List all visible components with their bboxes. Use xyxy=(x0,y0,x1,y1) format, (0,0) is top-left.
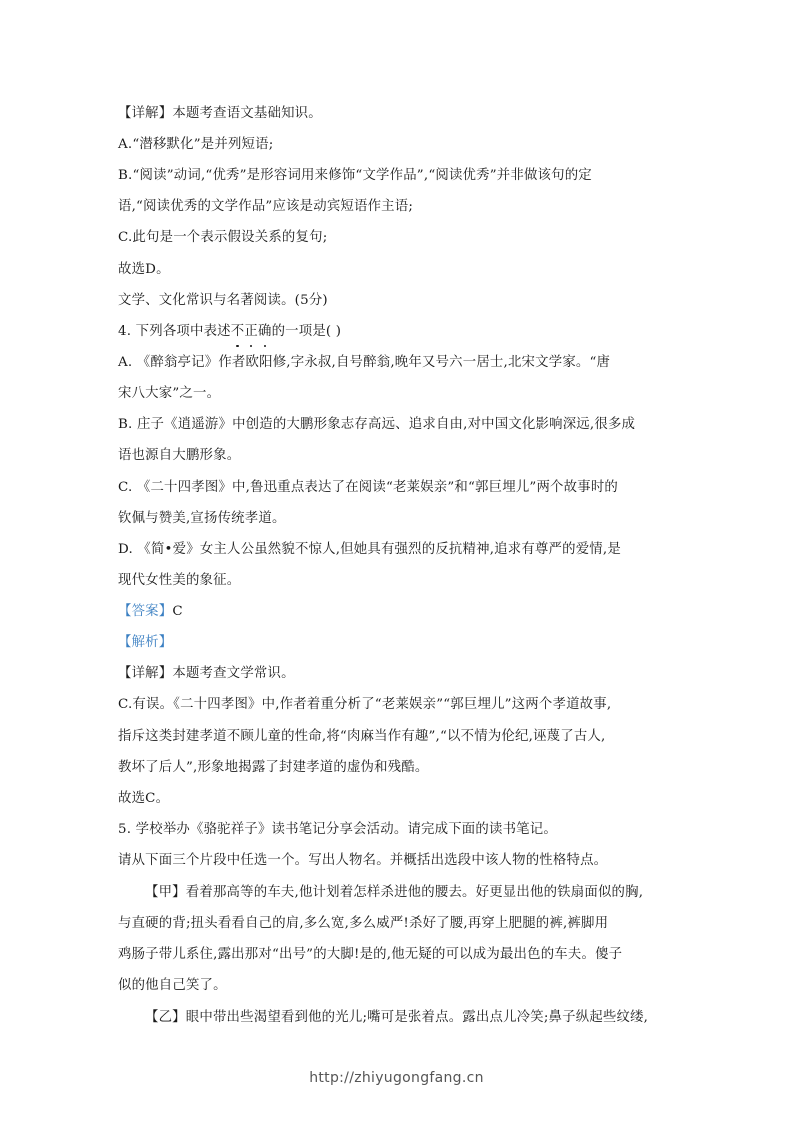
answer-label: 【答案】 xyxy=(118,604,172,619)
analysis-label: 【解析】 xyxy=(118,633,172,653)
option-a-cont: 宋八大家”之一。 xyxy=(118,384,220,404)
explanation-line-b-cont: 语,“阅读优秀的文学作品”应该是动宾短语作主语; xyxy=(118,197,413,217)
emphasis-char: 确 xyxy=(258,322,272,342)
question-5: 5. 学校举办《骆驼祥子》读书笔记分享会活动。请完成下面的读书笔记。 xyxy=(118,820,557,840)
option-d-cont: 现代女性美的象征。 xyxy=(118,571,240,591)
passage-jia-line-4: 似的他自己笑了。 xyxy=(118,976,227,996)
passage-jia-line-2: 与直硬的背;扭头看看自己的肩,多么宽,多么威严!杀好了腰,再穿上肥腿的裤,裤脚用 xyxy=(118,914,608,934)
footer-url: http://zhiyugongfang.cn xyxy=(0,1070,793,1086)
question-4: 4. 下列各项中表述不正确的一项是( ) xyxy=(118,322,341,342)
detail-heading: 【详解】本题考查语文基础知识。 xyxy=(118,104,322,124)
question-4-prefix: 4. 下列各项中表述 xyxy=(118,324,231,339)
emphasis-char: 不 xyxy=(231,322,245,342)
option-b-cont: 语也源自大鹏形象。 xyxy=(118,446,240,466)
explanation-c-line-3: 教坏了后人”,形象地揭露了封建孝道的虚伪和残酷。 xyxy=(118,758,429,778)
choice-conclusion-2: 故选C。 xyxy=(118,789,169,809)
explanation-line-b: B.“阅读”动词,“优秀”是形容词用来修饰“文学作品”,“阅读优秀”并非做该句的… xyxy=(118,166,592,186)
question-5-instruction: 请从下面三个片段中任选一个。写出人物名。并概括出选段中该人物的性格特点。 xyxy=(118,851,607,871)
explanation-line-a: A.“潜移默化”是并列短语; xyxy=(118,135,273,155)
answer-line: 【答案】C xyxy=(118,602,183,622)
question-4-suffix: 的一项是( ) xyxy=(272,324,342,339)
option-c-cont: 钦佩与赞美,宣扬传统孝道。 xyxy=(118,509,286,529)
option-d: D. 《简•爱》女主人公虽然貌不惊人,但她具有强烈的反抗精神,追求有尊严的爱情,… xyxy=(118,540,621,560)
explanation-c-line-1: C.有误。《二十四孝图》中,作者着重分析了“老莱娱亲”“郭巨埋儿”这两个孝道故事… xyxy=(118,695,611,715)
passage-jia-line-3: 鸡肠子带儿系住,露出那对“出号”的大脚!是的,他无疑的可以成为最出色的车夫。傻子 xyxy=(118,945,622,965)
option-b: B. 庄子《逍遥游》中创造的大鹏形象志存高远、追求自由,对中国文化影响深远,很多… xyxy=(118,415,635,435)
option-a: A. 《醉翁亭记》作者欧阳修,字永叔,自号醉翁,晚年又号六一居士,北宋文学家。“… xyxy=(118,353,610,373)
explanation-line-c: C.此句是一个表示假设关系的复句; xyxy=(118,228,327,248)
passage-yi-line-1: 【乙】眼中带出些渴望看到他的光儿;嘴可是张着点。露出点儿冷笑;鼻子纵起些纹缕, xyxy=(118,1008,648,1028)
answer-value: C xyxy=(172,604,182,619)
detail-heading-2: 【详解】本题考查文学常识。 xyxy=(118,664,295,684)
emphasis-char: 正 xyxy=(244,322,258,342)
choice-conclusion: 故选D。 xyxy=(118,260,170,280)
section-heading: 文学、文化常识与名著阅读。(5分) xyxy=(118,291,328,311)
explanation-c-line-2: 指斥这类封建孝道不顾儿童的性命,将“肉麻当作有趣”,“以不情为伦纪,诬蔑了古人, xyxy=(118,727,605,747)
option-c: C. 《二十四孝图》中,鲁迅重点表达了在阅读“老莱娱亲”和“郭巨埋儿”两个故事时… xyxy=(118,478,618,498)
passage-jia-line-1: 【甲】看着那高等的车夫,他计划着怎样杀进他的腰去。好更显出他的铁扇面似的胸, xyxy=(118,883,643,903)
